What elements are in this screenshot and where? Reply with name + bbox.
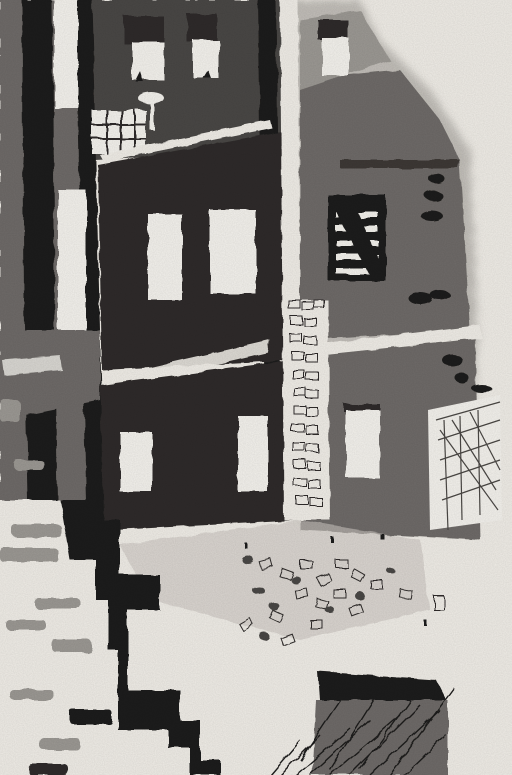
ink-illustration [0,0,512,775]
paper-grain [0,0,512,775]
